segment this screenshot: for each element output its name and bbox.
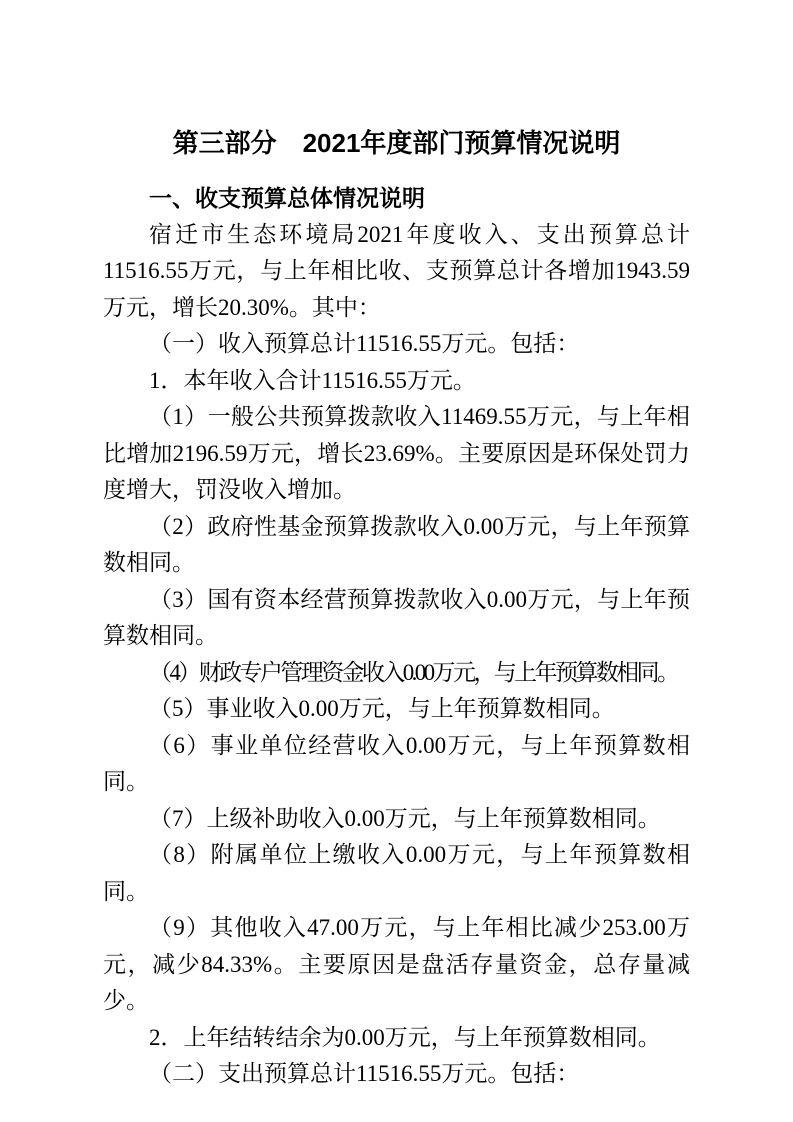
paragraph-item-6-institution-operating-income: （6）事业单位经营收入0.00万元，与上年预算数相同。 [103, 728, 690, 801]
paragraph-item-4-fiscal-special-account: （4）财政专户管理资金收入0.00万元，与上年预算数相同。 [103, 655, 690, 692]
document-title: 第三部分 2021年度部门预算情况说明 [103, 127, 690, 159]
paragraph-item-1-general-public-budget: （1）一般公共预算拨款收入11469.55万元，与上年相比增加2196.59万元… [103, 399, 690, 509]
document-content: 第三部分 2021年度部门预算情况说明 一、收支预算总体情况说明 宿迁市生态环境… [103, 127, 690, 1093]
document-page: 第三部分 2021年度部门预算情况说明 一、收支预算总体情况说明 宿迁市生态环境… [0, 0, 793, 1122]
paragraph-item-8-affiliated-unit-remittance: （8）附属单位上缴收入0.00万元，与上年预算数相同。 [103, 837, 690, 910]
paragraph-current-year-income: 1．本年收入合计11516.55万元。 [103, 363, 690, 400]
paragraph-item-2-government-fund: （2）政府性基金预算拨款收入0.00万元，与上年预算数相同。 [103, 509, 690, 582]
paragraph-item-7-superior-subsidy: （7）上级补助收入0.00万元，与上年预算数相同。 [103, 801, 690, 838]
paragraph-carryover-balance: 2．上年结转结余为0.00万元，与上年预算数相同。 [103, 1020, 690, 1057]
paragraph-item-3-state-capital: （3）国有资本经营预算拨款收入0.00万元，与上年预算数相同。 [103, 582, 690, 655]
paragraph-item-5-institution-income: （5）事业收入0.00万元，与上年预算数相同。 [103, 691, 690, 728]
paragraph-budget-overview: 宿迁市生态环境局2021年度收入、支出预算总计11516.55万元，与上年相比收… [103, 217, 690, 327]
paragraph-item-9-other-income: （9）其他收入47.00万元，与上年相比减少253.00万元，减少84.33%。… [103, 910, 690, 1020]
section-heading-overall-budget: 一、收支预算总体情况说明 [103, 180, 690, 217]
paragraph-income-total: （一）收入预算总计11516.55万元。包括： [103, 326, 690, 363]
paragraph-expenditure-total: （二）支出预算总计11516.55万元。包括： [103, 1056, 690, 1093]
